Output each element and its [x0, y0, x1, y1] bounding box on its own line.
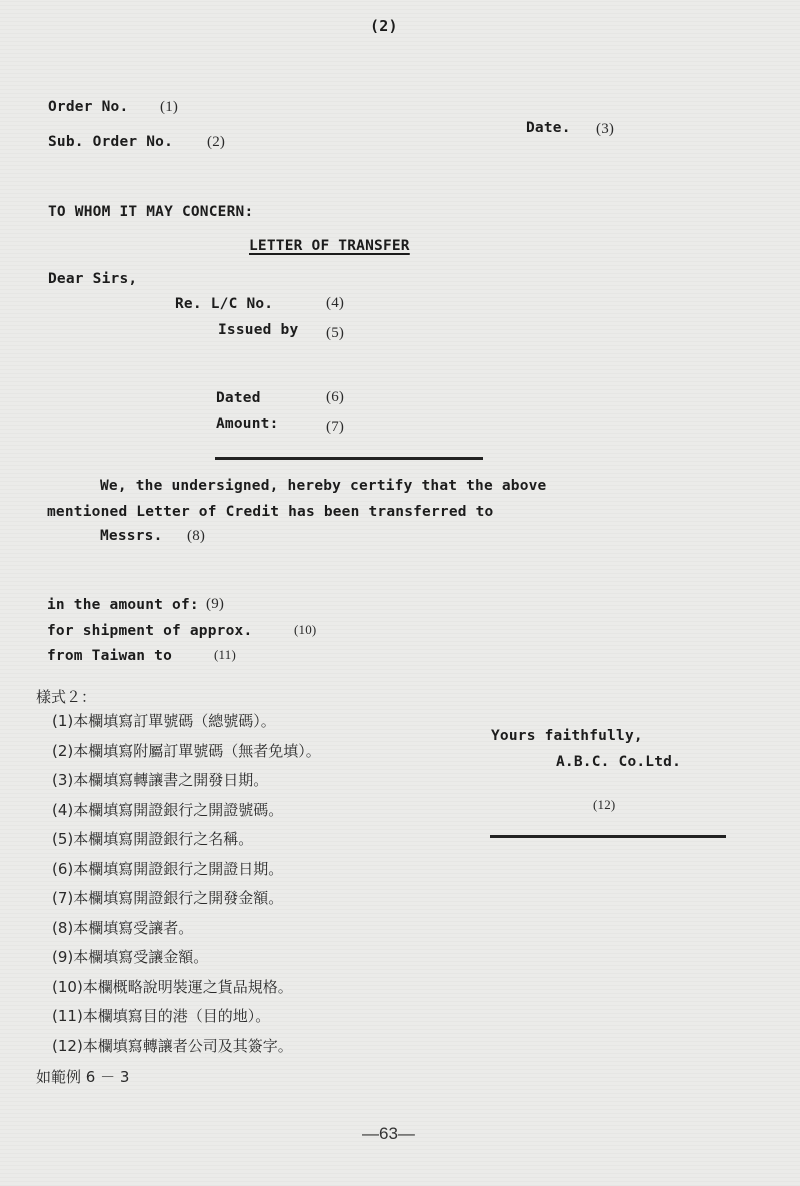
body-line-1: We, the undersigned, hereby certify that… [100, 478, 547, 494]
issued-by-label: Issued by [218, 322, 298, 338]
example-reference: 如範例 6 － 3 [36, 1066, 129, 1087]
date-label: Date. [526, 120, 571, 136]
messrs-label: Messrs. [100, 528, 163, 544]
notes-heading: 樣式２： [36, 686, 96, 707]
section-marker: (2) [370, 17, 398, 35]
shipment-ref: (10) [294, 622, 316, 638]
signature-line [490, 835, 726, 838]
amount-of-label: in the amount of: [47, 597, 199, 613]
dear-sirs: Dear Sirs, [48, 271, 137, 287]
note-item: (6)本欄填寫開證銀行之開證日期。 [52, 858, 283, 879]
page-number: —63— [362, 1124, 415, 1144]
body-line-2: mentioned Letter of Credit has been tran… [47, 504, 494, 520]
sub-order-no-label: Sub. Order No. [48, 134, 173, 150]
dated-ref: (6) [326, 389, 344, 406]
from-taiwan-label: from Taiwan to [47, 648, 172, 664]
note-item: (8)本欄填寫受讓者。 [52, 917, 193, 938]
issued-by-ref: (5) [326, 325, 344, 342]
company-name: A.B.C. Co.Ltd. [556, 754, 681, 770]
document-page: (2) Order No. (1) Sub. Order No. (2) Dat… [0, 0, 800, 1186]
from-taiwan-ref: (11) [214, 647, 236, 663]
dated-label: Dated [216, 390, 261, 406]
lc-no-label: Re. L/C No. [175, 296, 273, 312]
note-item: (11)本欄填寫目的港（目的地）。 [52, 1005, 270, 1026]
to-whom-heading: TO WHOM IT MAY CONCERN: [48, 204, 253, 220]
sub-order-no-ref: (2) [207, 134, 225, 151]
letter-title: LETTER OF TRANSFER [249, 238, 410, 254]
shipment-label: for shipment of approx. [47, 623, 252, 639]
order-no-ref: (1) [160, 99, 178, 116]
note-item: (5)本欄填寫開證銀行之名稱。 [52, 828, 253, 849]
amount-divider [215, 457, 483, 460]
amount-ref: (7) [326, 419, 344, 436]
note-item: (9)本欄填寫受讓金額。 [52, 946, 208, 967]
yours-faithfully: Yours faithfully, [491, 728, 643, 744]
note-item: (10)本欄概略說明裝運之貨品規格。 [52, 976, 293, 997]
date-ref: (3) [596, 121, 614, 138]
note-item: (3)本欄填寫轉讓書之開發日期。 [52, 769, 268, 790]
note-item: (7)本欄填寫開證銀行之開發金額。 [52, 887, 283, 908]
note-item: (1)本欄填寫訂單號碼（總號碼）。 [52, 710, 276, 731]
lc-no-ref: (4) [326, 295, 344, 312]
signature-ref: (12) [593, 797, 615, 813]
note-item: (4)本欄填寫開證銀行之開證號碼。 [52, 799, 283, 820]
note-item: (12)本欄填寫轉讓者公司及其簽字。 [52, 1035, 293, 1056]
messrs-ref: (8) [187, 528, 205, 545]
amount-label: Amount: [216, 416, 279, 432]
order-no-label: Order No. [48, 99, 128, 115]
amount-of-ref: (9) [206, 596, 224, 613]
note-item: (2)本欄填寫附屬訂單號碼（無者免填）。 [52, 740, 321, 761]
